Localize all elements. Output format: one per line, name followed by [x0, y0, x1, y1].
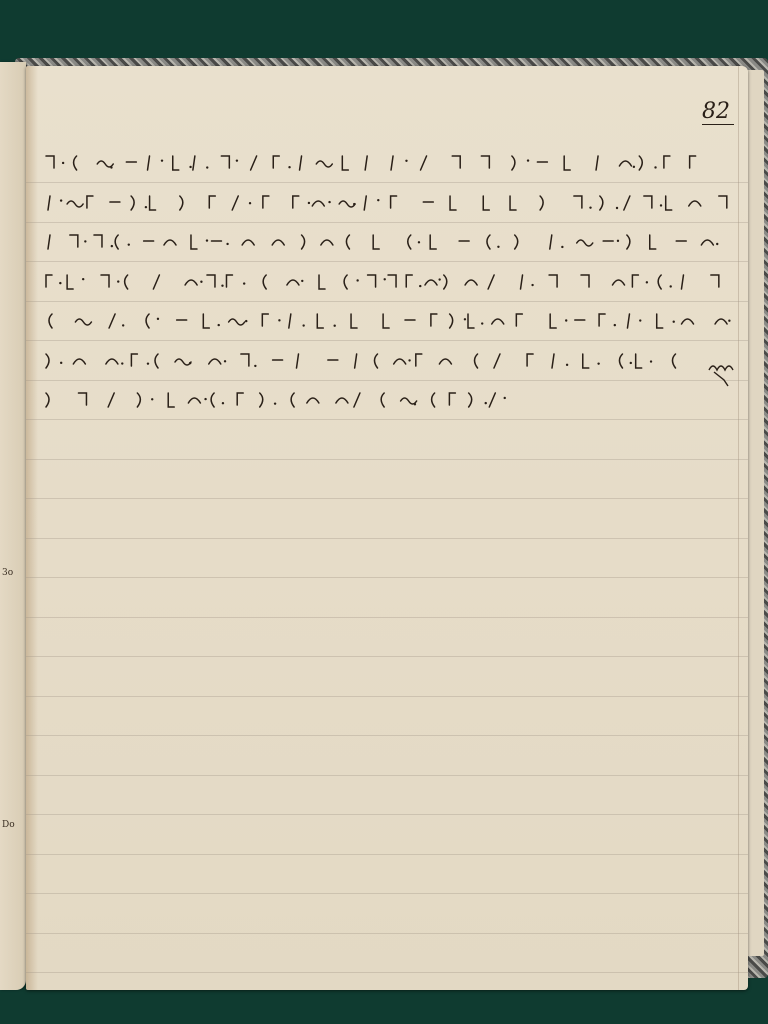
flourish-mark [706, 360, 736, 390]
ruled-line [26, 735, 748, 736]
shorthand-line [42, 265, 732, 299]
ruled-line [26, 380, 748, 381]
ruled-line [26, 814, 748, 815]
ruled-line [26, 419, 748, 420]
shorthand-line [42, 146, 732, 180]
shorthand-line [42, 304, 732, 338]
shorthand-line [42, 383, 732, 417]
shorthand-line [42, 186, 732, 220]
ruled-line [26, 696, 748, 697]
notebook-page: 82 [26, 66, 748, 990]
ruled-line [26, 577, 748, 578]
page-number: 82 [702, 102, 734, 125]
ruled-line [26, 617, 748, 618]
ruled-line [26, 893, 748, 894]
binding-shadow [26, 66, 38, 990]
ruled-line [26, 498, 748, 499]
margin-mark: Do [2, 820, 15, 830]
margin-line [738, 66, 739, 990]
shorthand-line [42, 344, 732, 378]
ruled-line [26, 656, 748, 657]
ruled-line [26, 459, 748, 460]
ruled-line [26, 222, 748, 223]
margin-mark: 3o [2, 568, 13, 578]
ruled-line [26, 854, 748, 855]
shorthand-line [42, 225, 732, 259]
ruled-line [26, 301, 748, 302]
ruled-line [26, 933, 748, 934]
ruled-line [26, 182, 748, 183]
ruled-line [26, 340, 748, 341]
left-page-edge: 3o Do [0, 62, 26, 990]
ruled-line [26, 972, 748, 973]
ruled-line [26, 261, 748, 262]
ruled-line [26, 538, 748, 539]
ruled-line [26, 775, 748, 776]
